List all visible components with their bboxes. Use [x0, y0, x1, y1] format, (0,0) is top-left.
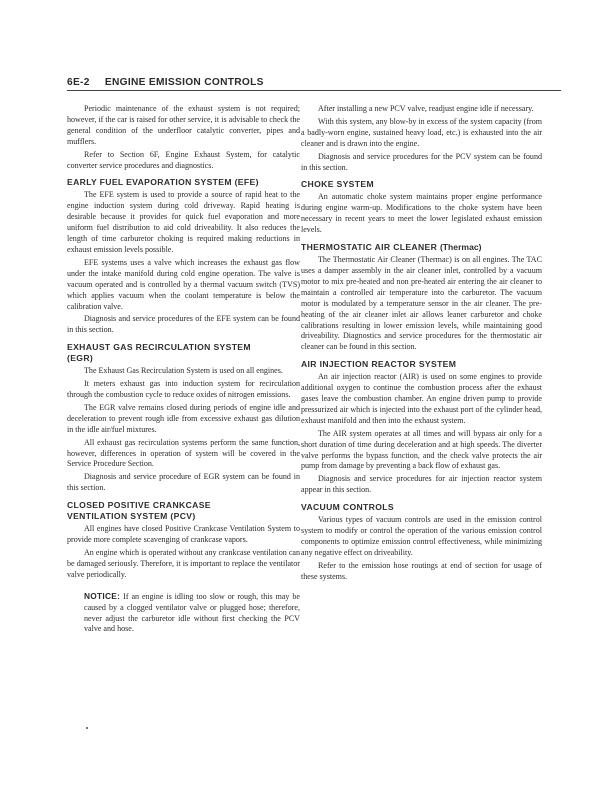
paragraph: All exhaust gas recirculation systems pe… [67, 438, 300, 471]
right-column: After installing a new PCV valve, readju… [301, 104, 542, 585]
paragraph: Diagnosis and service procedures for air… [301, 474, 542, 496]
heading-suffix: (Thermac) [440, 242, 482, 252]
paragraph: Refer to Section 6F, Engine Exhaust Syst… [67, 150, 300, 172]
paragraph: After installing a new PCV valve, readju… [301, 104, 542, 115]
paragraph: The Thermostatic Air Cleaner (Thermac) i… [301, 255, 542, 353]
page-header: 6E-2 ENGINE EMISSION CONTROLS [67, 77, 561, 91]
paragraph: An engine which is operated without any … [67, 548, 300, 581]
paragraph: Diagnosis and service procedures for the… [301, 152, 542, 174]
page-title: ENGINE EMISSION CONTROLS [105, 77, 264, 88]
paragraph: The Exhaust Gas Recirculation System is … [67, 366, 300, 377]
left-column: Periodic maintenance of the exhaust syst… [67, 104, 300, 635]
paragraph: Diagnosis and service procedure of EGR s… [67, 472, 300, 494]
paragraph: The EFE system is used to provide a sour… [67, 190, 300, 255]
paragraph: The EGR valve remains closed during peri… [67, 403, 300, 436]
section-heading-vacuum: VACUUM CONTROLS [301, 502, 542, 513]
paragraph: All engines have closed Positive Crankca… [67, 524, 300, 546]
paragraph: An automatic choke system maintains prop… [301, 192, 542, 236]
section-heading-egr: EXHAUST GAS RECIRCULATION SYSTEM (EGR) [67, 342, 300, 364]
section-heading-pcv: CLOSED POSITIVE CRANKCASE VENTILATION SY… [67, 500, 300, 522]
paragraph: It meters exhaust gas into induction sys… [67, 379, 300, 401]
section-heading-choke: CHOKE SYSTEM [301, 179, 542, 190]
heading-line: VENTILATION SYSTEM (PCV) [67, 511, 196, 521]
heading-line: CLOSED POSITIVE CRANKCASE [67, 500, 211, 510]
paragraph: The AIR system operates at all times and… [301, 429, 542, 473]
notice-box: NOTICE: If an engine is idling too slow … [84, 591, 300, 636]
page-number: 6E-2 [67, 77, 90, 88]
paragraph: Diagnosis and service procedures of the … [67, 314, 300, 336]
section-heading-thermac: THERMOSTATIC AIR CLEANER (Thermac) [301, 242, 542, 253]
paragraph: Periodic maintenance of the exhaust syst… [67, 104, 300, 148]
scan-speck [86, 727, 88, 729]
paragraph: Refer to the emission hose routings at e… [301, 561, 542, 583]
paragraph: EFE systems uses a valve which increases… [67, 258, 300, 313]
heading-line: EXHAUST GAS RECIRCULATION SYSTEM [67, 342, 251, 352]
paragraph: Various types of vacuum controls are use… [301, 515, 542, 559]
section-heading-efe: EARLY FUEL EVAPORATION SYSTEM (EFE) [67, 177, 300, 188]
section-heading-air: AIR INJECTION REACTOR SYSTEM [301, 359, 542, 370]
heading-text: THERMOSTATIC AIR CLEANER [301, 242, 437, 252]
heading-line: (EGR) [67, 353, 93, 363]
paragraph: An air injection reactor (AIR) is used o… [301, 372, 542, 427]
notice-label: NOTICE: [84, 591, 120, 601]
paragraph: With this system, any blow-by in excess … [301, 117, 542, 150]
